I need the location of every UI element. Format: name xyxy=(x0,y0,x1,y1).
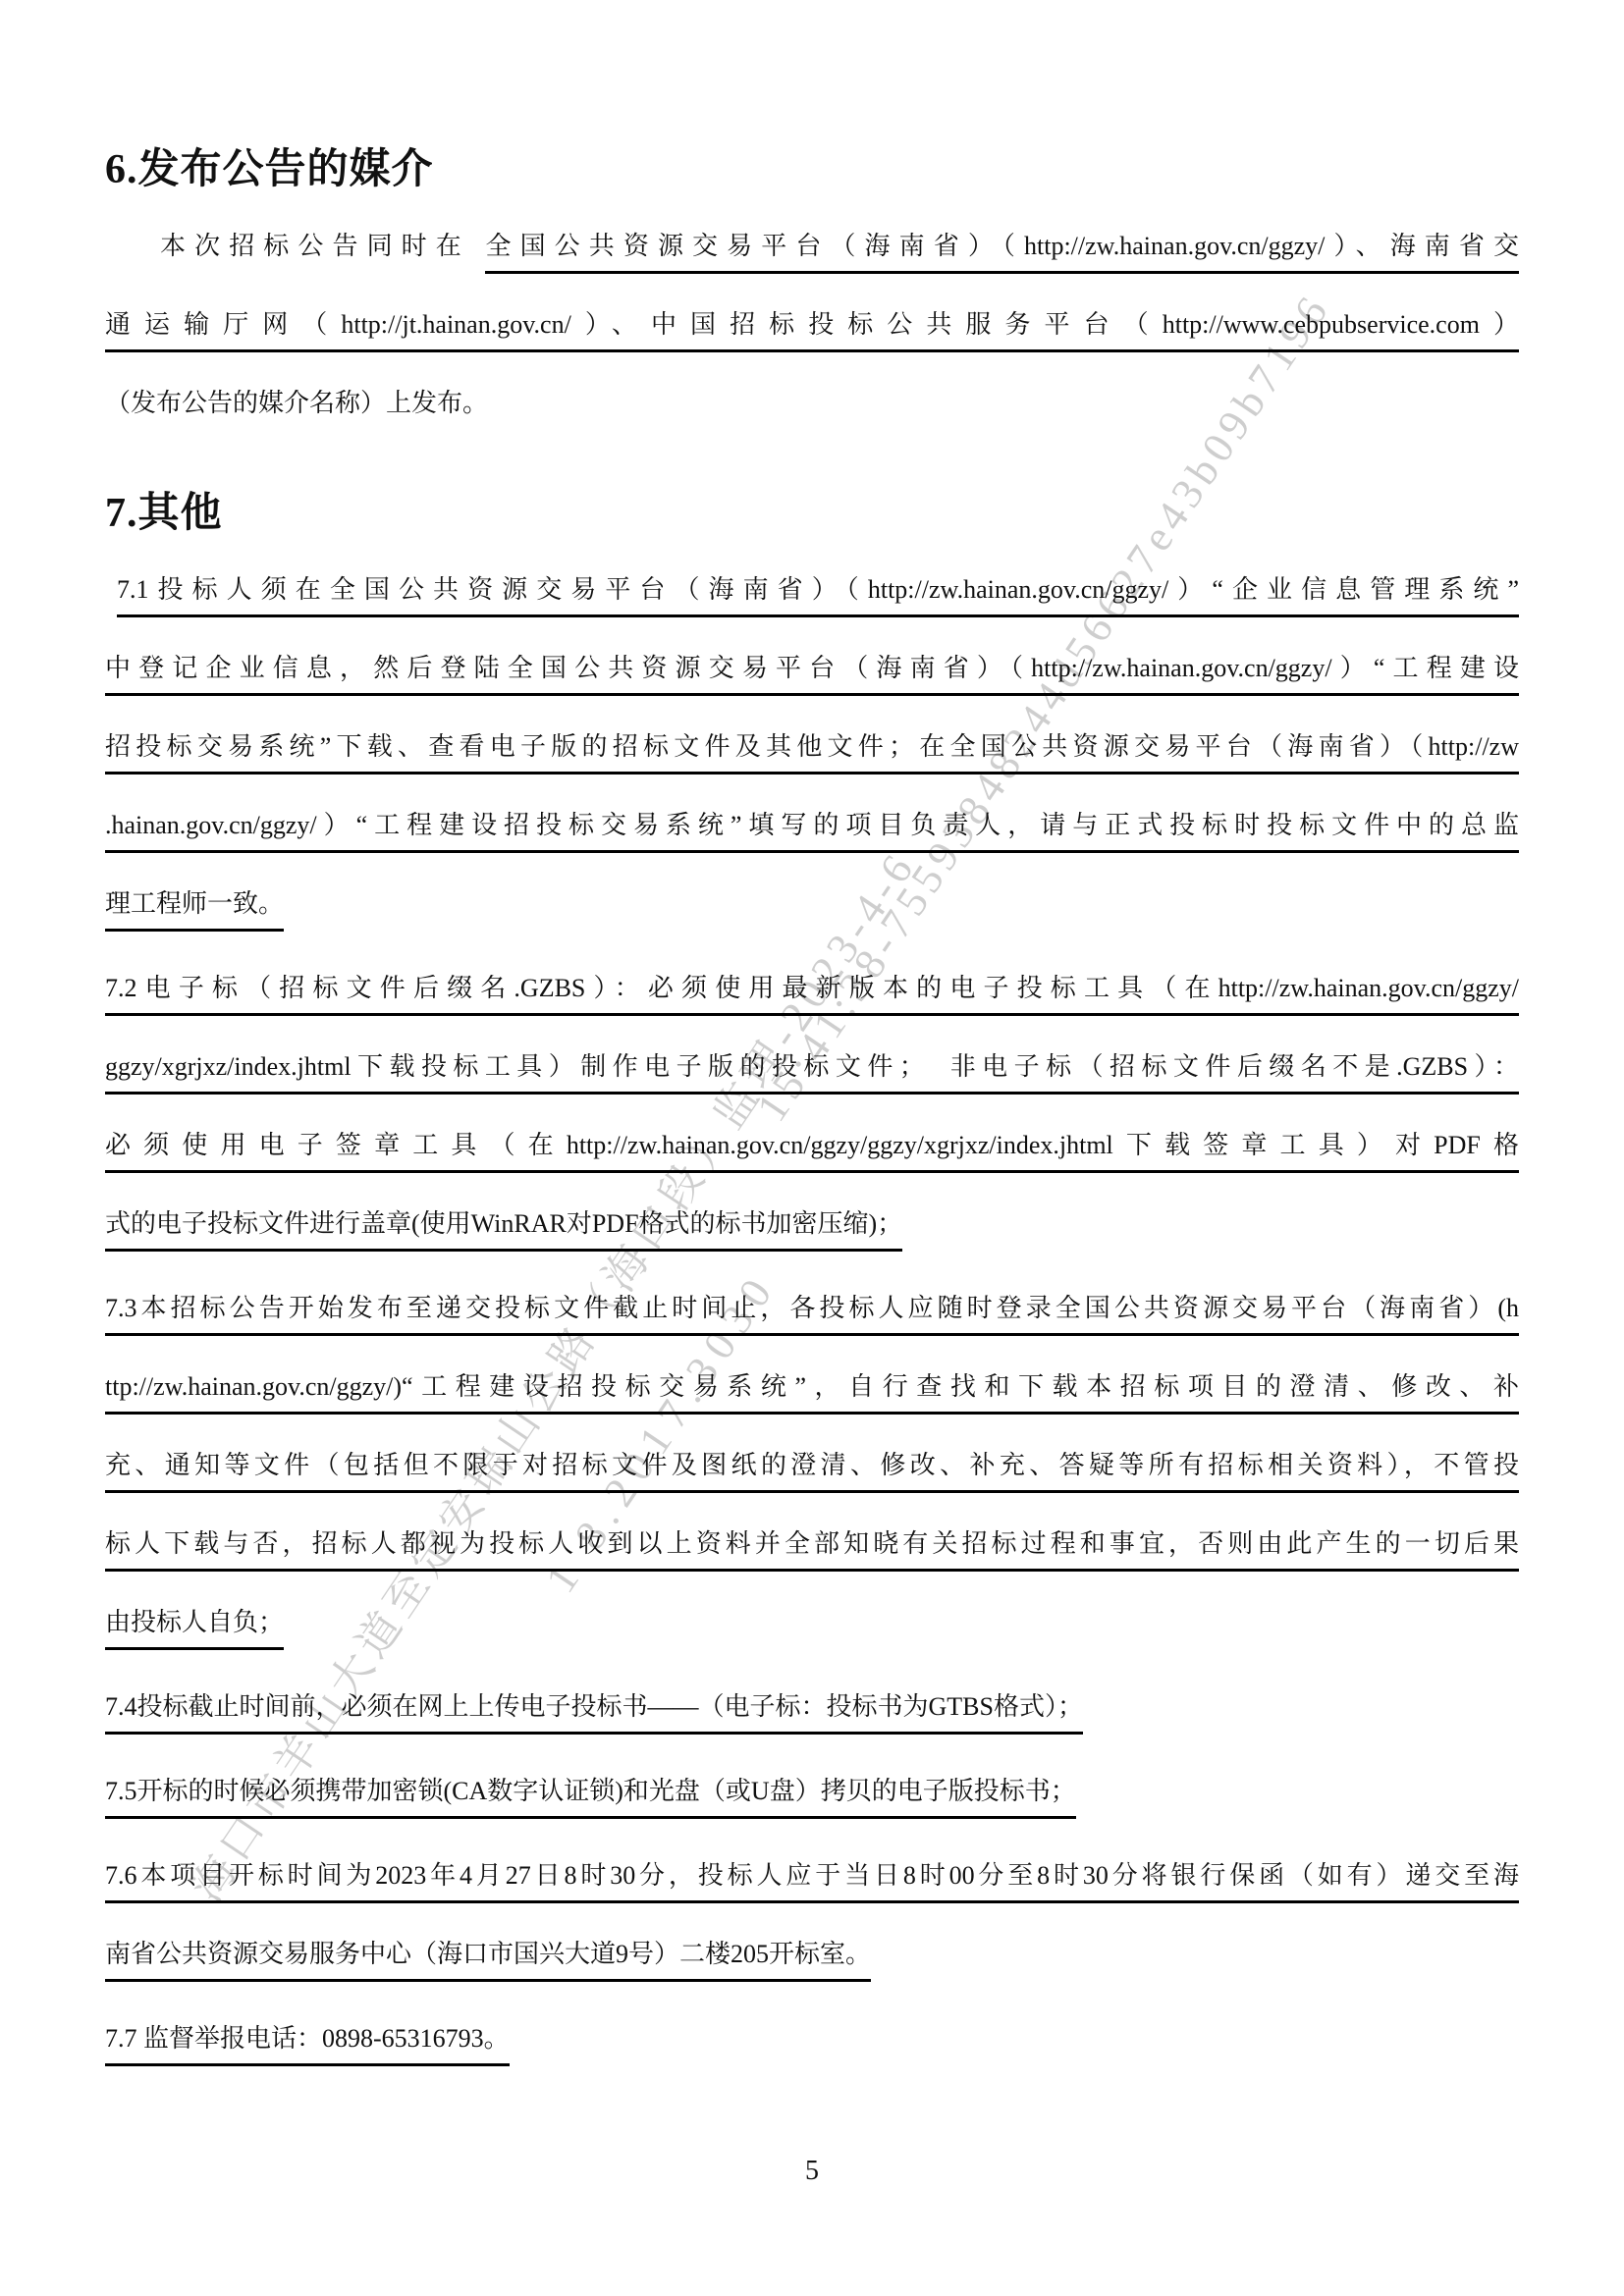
underlined-text: 式的电子投标文件进行盖章(使用WinRAR对PDF格式的标书加密压缩)； xyxy=(105,1209,902,1252)
para-7-7: 7.7 监督举报电话：0898-65316793。 xyxy=(105,2022,1519,2101)
para-7-6: 7.6本项目开标时间为2023年4月27日8时30分，投标人应于当日8时00分至… xyxy=(105,1859,1519,2016)
underlined-text: 全国公共资源交易平台（海南省）（http://zw.hainan.gov.cn/… xyxy=(485,232,1519,274)
underlined-text: 由投标人自负； xyxy=(105,1608,284,1650)
text-line: 理工程师一致。 xyxy=(105,887,1519,966)
para-7-5: 7.5开标的时候必须携带加密锁(CA数字认证锁)和光盘（或U盘）拷贝的电子版投标… xyxy=(105,1775,1519,1853)
document-content: 6.发布公告的媒介本次招标公告同时在 全国公共资源交易平台（海南省）（http:… xyxy=(105,145,1519,2107)
text-line: 由投标人自负； xyxy=(105,1606,1519,1684)
text-line: 7.1投标人须在全国公共资源交易平台（海南省）（http://zw.hainan… xyxy=(105,573,1519,652)
text-line: 中登记企业信息，然后登陆全国公共资源交易平台（海南省）（http://zw.ha… xyxy=(105,652,1519,730)
line-text: （发布公告的媒介名称）上发布。 xyxy=(105,389,488,417)
text-line: 充、通知等文件（包括但不限于对招标文件及图纸的澄清、修改、补充、答疑等所有招标相… xyxy=(105,1449,1519,1527)
underlined-text: 必须使用电子签章工具（在http://zw.hainan.gov.cn/ggzy… xyxy=(105,1131,1519,1173)
para-7-2: 7.2电子标（招标文件后缀名.GZBS）：必须使用最新版本的电子投标工具（在ht… xyxy=(105,972,1519,1286)
underlined-text: 理工程师一致。 xyxy=(105,889,284,932)
heading-7: 7.其他 xyxy=(105,489,1519,538)
underlined-text: 招投标交易系统”下载、查看电子版的招标文件及其他文件；在全国公共资源交易平台（海… xyxy=(105,732,1519,774)
text-line: ttp://zw.hainan.gov.cn/ggzy/)“工程建设招投标交易系… xyxy=(105,1370,1519,1449)
text-line: 7.5开标的时候必须携带加密锁(CA数字认证锁)和光盘（或U盘）拷贝的电子版投标… xyxy=(105,1775,1519,1853)
text-line: 标人下载与否，招标人都视为投标人收到以上资料并全部知晓有关招标过程和事宜，否则由… xyxy=(105,1527,1519,1606)
text-line: 本次招标公告同时在 全国公共资源交易平台（海南省）（http://zw.hain… xyxy=(105,230,1519,308)
text-line: 式的电子投标文件进行盖章(使用WinRAR对PDF格式的标书加密压缩)； xyxy=(105,1207,1519,1286)
text-line: 7.6本项目开标时间为2023年4月27日8时30分，投标人应于当日8时00分至… xyxy=(105,1859,1519,1938)
underlined-text: .hainan.gov.cn/ggzy/）“工程建设招投标交易系统”填写的项目负… xyxy=(105,811,1519,853)
underlined-text: 7.4投标截止时间前，必须在网上上传电子投标书——（电子标：投标书为GTBS格式… xyxy=(105,1692,1083,1735)
underlined-text: 7.3本招标公告开始发布至递交投标文件截止时间止，各投标人应随时登录全国公共资源… xyxy=(105,1294,1519,1336)
underlined-text: 南省公共资源交易服务中心（海口市国兴大道9号）二楼205开标室。 xyxy=(105,1940,871,1982)
text-line: 7.4投标截止时间前，必须在网上上传电子投标书——（电子标：投标书为GTBS格式… xyxy=(105,1690,1519,1769)
underlined-text: 标人下载与否，招标人都视为投标人收到以上资料并全部知晓有关招标过程和事宜，否则由… xyxy=(105,1529,1519,1572)
text-line: 必须使用电子签章工具（在http://zw.hainan.gov.cn/ggzy… xyxy=(105,1129,1519,1207)
underlined-text: 充、通知等文件（包括但不限于对招标文件及图纸的澄清、修改、补充、答疑等所有招标相… xyxy=(105,1451,1519,1493)
para-7-4: 7.4投标截止时间前，必须在网上上传电子投标书——（电子标：投标书为GTBS格式… xyxy=(105,1690,1519,1769)
text-line: （发布公告的媒介名称）上发布。 xyxy=(105,387,1519,465)
underlined-text: 7.2电子标（招标文件后缀名.GZBS）：必须使用最新版本的电子投标工具（在ht… xyxy=(105,974,1519,1016)
underlined-text: 通运输厅网（http://jt.hainan.gov.cn/）、中国招标投标公共… xyxy=(105,310,1519,352)
underlined-text: ttp://zw.hainan.gov.cn/ggzy/)“工程建设招投标交易系… xyxy=(105,1372,1519,1415)
text-line: 招投标交易系统”下载、查看电子版的招标文件及其他文件；在全国公共资源交易平台（海… xyxy=(105,730,1519,809)
text-line: ggzy/xgrjxz/index.jhtml下载投标工具）制作电子版的投标文件… xyxy=(105,1050,1519,1129)
text-line: 7.2电子标（招标文件后缀名.GZBS）：必须使用最新版本的电子投标工具（在ht… xyxy=(105,972,1519,1050)
para-7-1: 7.1投标人须在全国公共资源交易平台（海南省）（http://zw.hainan… xyxy=(105,573,1519,966)
page-number: 5 xyxy=(0,2156,1624,2187)
underlined-text: ggzy/xgrjxz/index.jhtml下载投标工具）制作电子版的投标文件… xyxy=(105,1052,1519,1095)
underlined-text: 7.6本项目开标时间为2023年4月27日8时30分，投标人应于当日8时00分至… xyxy=(105,1861,1519,1903)
heading-6: 6.发布公告的媒介 xyxy=(105,145,1519,194)
text-line: 7.3本招标公告开始发布至递交投标文件截止时间止，各投标人应随时登录全国公共资源… xyxy=(105,1292,1519,1370)
underlined-text: 7.7 监督举报电话：0898-65316793。 xyxy=(105,2024,510,2066)
para-7-3: 7.3本招标公告开始发布至递交投标文件截止时间止，各投标人应随时登录全国公共资源… xyxy=(105,1292,1519,1684)
underlined-text: 中登记企业信息，然后登陆全国公共资源交易平台（海南省）（http://zw.ha… xyxy=(105,654,1519,696)
text-line: 7.7 监督举报电话：0898-65316793。 xyxy=(105,2022,1519,2101)
text-line: 南省公共资源交易服务中心（海口市国兴大道9号）二楼205开标室。 xyxy=(105,1938,1519,2016)
line-text: 本次招标公告同时在 xyxy=(160,232,485,260)
text-line: .hainan.gov.cn/ggzy/）“工程建设招投标交易系统”填写的项目负… xyxy=(105,809,1519,887)
text-line: 通运输厅网（http://jt.hainan.gov.cn/）、中国招标投标公共… xyxy=(105,308,1519,387)
document-page: 海口市羊山大道至定安瑞山公路（海口段）监理-2023-4-615:41:38-7… xyxy=(0,0,1624,2296)
underlined-text: 7.1投标人须在全国公共资源交易平台（海南省）（http://zw.hainan… xyxy=(117,575,1519,617)
underlined-text: 7.5开标的时候必须携带加密锁(CA数字认证锁)和光盘（或U盘）拷贝的电子版投标… xyxy=(105,1777,1076,1819)
para-6-intro: 本次招标公告同时在 全国公共资源交易平台（海南省）（http://zw.hain… xyxy=(105,230,1519,465)
